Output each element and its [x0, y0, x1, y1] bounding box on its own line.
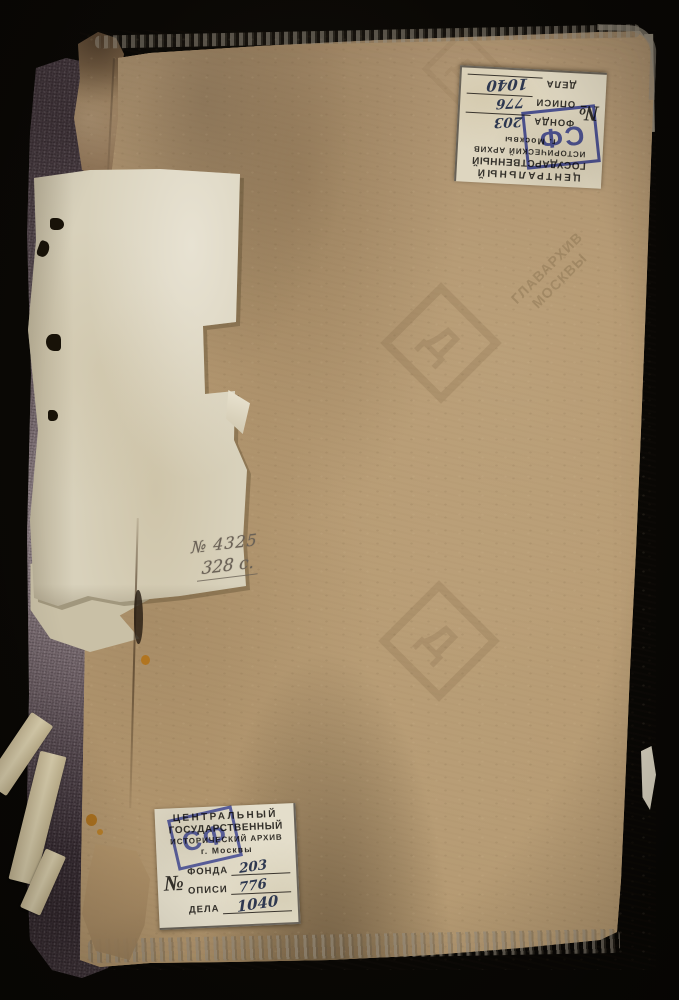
cover-crack-hole: [134, 590, 143, 644]
watermark-logo-letter: Д: [410, 612, 468, 670]
ink-mark: [48, 410, 58, 421]
delo-row: ДЕЛА 1040: [188, 893, 294, 917]
rust-stain: [97, 829, 103, 835]
rust-stain: [86, 814, 97, 826]
ink-mark: [46, 334, 61, 351]
sf-stamp-text: СФ: [536, 119, 586, 155]
page-edge-sliver: [641, 746, 656, 810]
fond-underline: 203: [231, 854, 291, 876]
delo-underline: 1040: [467, 74, 543, 97]
delo-label: ДЕЛА: [545, 77, 576, 91]
fond-value-handwritten: 203: [494, 113, 523, 131]
delo-label: ДЕЛА: [189, 903, 220, 916]
sf-stamp-top: СФ: [521, 104, 601, 169]
ink-mark: [50, 218, 64, 230]
archival-book-cover-scan: Д Д Д ГЛАВАРХИВ МОСКВЫ ГЛАВАРХИВ МОСКВЫ …: [0, 0, 679, 1000]
delo-value-handwritten: 1040: [486, 75, 529, 95]
opis-value-handwritten: 776: [496, 94, 525, 112]
sf-stamp-text: СФ: [179, 818, 231, 859]
rust-stain: [141, 655, 150, 665]
delo-value-handwritten: 1040: [236, 892, 278, 916]
delo-underline: 1040: [222, 892, 292, 914]
watermark-logo-letter: Д: [412, 314, 470, 372]
